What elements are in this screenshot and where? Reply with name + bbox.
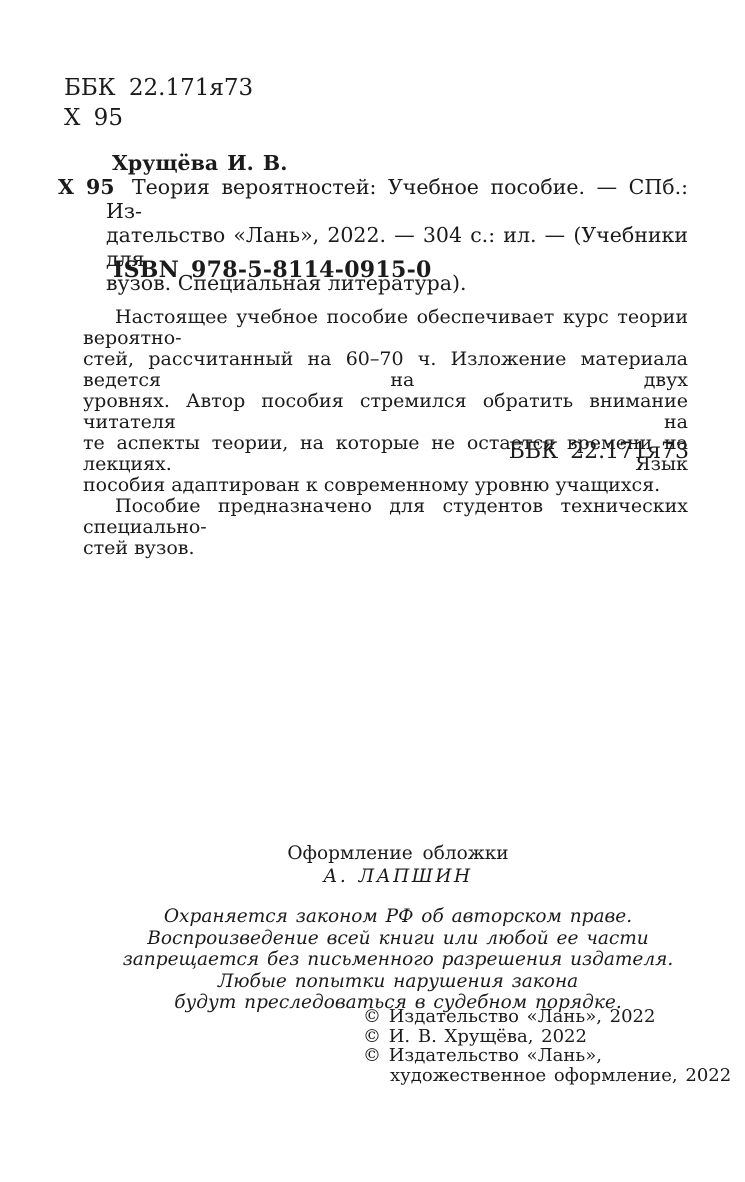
legal-notice-line: Любые попытки нарушения закона	[51, 971, 745, 993]
isbn-number: ISBN 978-5-8114-0915-0	[113, 257, 432, 283]
annotation-line: пособия адаптирован к современному уровн…	[83, 475, 688, 496]
catalog-entry-label: Х 95	[58, 175, 115, 199]
bbk-code: ББК 22.171я73	[64, 73, 253, 103]
legal-notice-line: Воспроизведение всей книги или любой ее …	[51, 928, 745, 950]
copyright-block: © Издательство «Лань», 2022 © И. В. Хрущ…	[363, 1007, 731, 1085]
author-sign-code: Х 95	[64, 103, 253, 133]
classification-codes: ББК 22.171я73 Х 95	[64, 73, 253, 133]
annotation-line: уровнях. Автор пособия стремился обратит…	[83, 391, 688, 433]
legal-notice: Охраняется законом РФ об авторском праве…	[51, 906, 745, 1014]
annotation-line: стей вузов.	[83, 538, 688, 559]
copyright-line: © И. В. Хрущёва, 2022	[363, 1027, 731, 1047]
copyright-line: художественное оформление, 2022	[363, 1066, 731, 1086]
annotation-line: Настоящее учебное пособие обеспечивает к…	[83, 307, 688, 349]
copyright-line: © Издательство «Лань»,	[363, 1046, 731, 1066]
cover-design-label: Оформление обложки	[51, 842, 745, 865]
cover-designer-name: А. ЛАПШИН	[51, 865, 745, 888]
legal-notice-line: запрещается без письменного разрешения и…	[51, 949, 745, 971]
book-imprint-page: ББК 22.171я73 Х 95 Хрущёва И. В. Х 95 Те…	[0, 0, 745, 1182]
cover-credits: Оформление обложки А. ЛАПШИН	[51, 842, 745, 888]
annotation-text: Настоящее учебное пособие обеспечивает к…	[83, 307, 688, 559]
copyright-line: © Издательство «Лань», 2022	[363, 1007, 731, 1027]
bbk-code-footer: ББК 22.171я73	[83, 439, 689, 464]
annotation-line: стей, рассчитанный на 60–70 ч. Изложение…	[83, 349, 688, 391]
annotation-line: Пособие предназначено для студентов техн…	[83, 496, 688, 538]
catalog-entry-author: Хрущёва И. В.	[112, 151, 692, 175]
legal-notice-line: Охраняется законом РФ об авторском праве…	[51, 906, 745, 928]
catalog-entry-line: Теория вероятностей: Учебное пособие. — …	[106, 175, 688, 223]
